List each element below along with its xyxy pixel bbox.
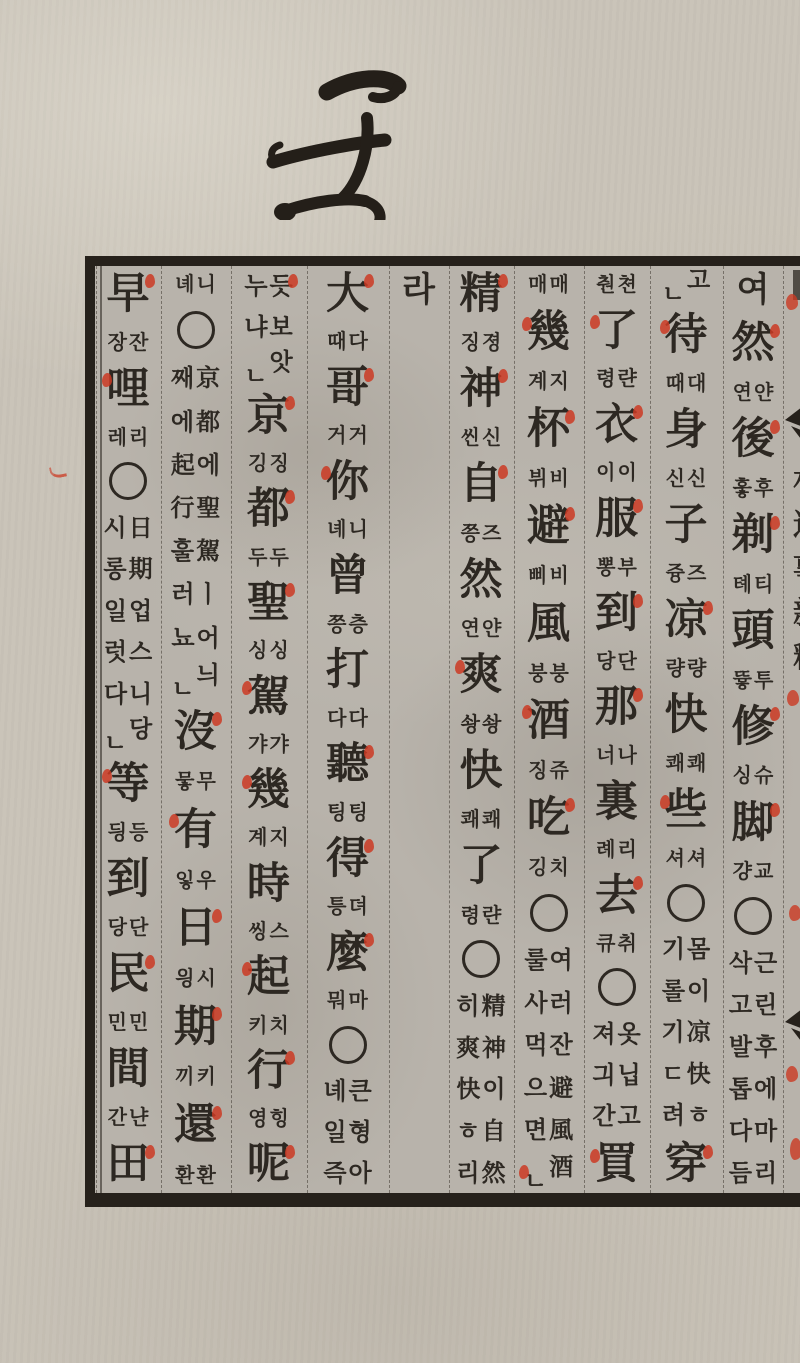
red-tone-mark: [285, 583, 295, 597]
red-tone-mark: [364, 368, 374, 382]
left-char: 연: [733, 382, 752, 402]
reading-gloss-pair: 갸갸: [247, 731, 290, 757]
right-char: 우: [197, 870, 216, 890]
char-glyph: 幾: [527, 311, 570, 354]
left-char: 져: [592, 1022, 615, 1046]
char-glyph: 爽: [460, 654, 503, 697]
left-char: 령: [461, 905, 480, 925]
left-char: 즁: [666, 563, 685, 583]
reading-gloss-pair: 신신: [665, 465, 708, 491]
char-glyph: 起: [247, 956, 290, 999]
char-glyph: 等: [107, 763, 150, 806]
left-char: ㄴ: [662, 282, 685, 306]
reading-gloss-pair: 훟후: [732, 475, 775, 501]
right-char: 업: [129, 599, 152, 623]
left-char: 싱: [733, 765, 752, 785]
hanja-char: 幾: [527, 310, 570, 356]
left-char: 싱: [248, 640, 267, 660]
hanja-char: 吃: [527, 795, 570, 841]
right-char: 快: [687, 1062, 711, 1086]
char-glyph: 京: [247, 395, 290, 438]
left-char: 거: [327, 425, 346, 445]
char-glyph: 哩: [107, 368, 150, 411]
red-tone-mark: [660, 795, 670, 809]
reading-gloss-pair: 당단: [107, 914, 150, 940]
char-glyph: 了: [460, 845, 503, 888]
right-char: 神: [482, 1036, 506, 1060]
left-char: 긔: [592, 1063, 615, 1087]
red-tone-mark: [519, 1165, 529, 1179]
text-column: 大때다哥거거你녜니曾쯩층打다다聽팅팅得틍뎌麼뭐마녜큰일형즉아: [307, 266, 387, 1193]
section-circle-marker: [598, 967, 636, 1007]
reading-gloss-pair: 이이: [595, 459, 638, 485]
red-smudge: [786, 294, 798, 310]
hanja-char: 身: [665, 408, 708, 454]
translation-pair: 시日: [102, 513, 153, 543]
char-glyph: 麼: [326, 932, 369, 975]
red-tone-mark: [212, 1106, 222, 1120]
right-char: 都: [196, 410, 220, 434]
hanja-char: 穿: [665, 1142, 708, 1188]
char-glyph: 買: [595, 1143, 638, 1186]
right-char: 갸: [270, 734, 289, 754]
right-char: 어: [197, 626, 220, 650]
fold-title-char: 新: [793, 588, 800, 632]
char-glyph: 然: [460, 559, 503, 602]
hanja-char: 些: [665, 788, 708, 834]
right-char: 에: [197, 453, 220, 477]
translation-pair: 고린: [728, 990, 778, 1020]
right-char: 키: [197, 1066, 216, 1086]
right-char: 형: [349, 1120, 372, 1144]
char-glyph: 風: [527, 603, 570, 646]
char-glyph: 得: [326, 838, 369, 881]
char-glyph: 呢: [247, 1143, 290, 1186]
right-char: 凉: [687, 1020, 711, 1044]
hanja-char: 神: [460, 366, 503, 412]
hanja-char: 得: [326, 836, 369, 882]
char-glyph: 了: [595, 310, 638, 353]
printed-text-block: 여然연얀後훟후剃톄티頭뜧투修싱슈脚걍교삭근고린발후톱에다마듬리ㄴ고待때대身신신子…: [85, 256, 800, 1207]
right-char: 후: [754, 1035, 777, 1059]
char-glyph: 剃: [732, 514, 775, 557]
section-circle-marker: [734, 896, 772, 936]
red-tone-mark: [770, 324, 780, 338]
left-char: 두: [248, 547, 267, 567]
right-char: 리: [754, 1161, 777, 1185]
right-char: 옷: [618, 1022, 641, 1046]
left-char: 녜: [327, 519, 346, 539]
reading-gloss-pair: 연얀: [460, 615, 503, 641]
reading-gloss-pair: 징졍: [460, 329, 503, 355]
char-glyph: 去: [595, 875, 638, 918]
red-tone-mark: [288, 274, 298, 288]
circle-glyph: [462, 940, 500, 978]
red-tone-mark: [145, 1145, 155, 1159]
fish-tail-ornament: [785, 1002, 800, 1058]
reading-gloss-pair: 깅징: [247, 450, 290, 476]
right-char: 지: [270, 827, 289, 847]
left-char: 다: [327, 708, 346, 728]
right-char: 지: [550, 371, 569, 391]
reading-gloss-pair: 춴쳔: [595, 271, 638, 297]
reading-gloss-pair: 영힝: [247, 1105, 290, 1131]
left-char: 에: [171, 410, 194, 434]
left-char: 롱: [103, 557, 126, 581]
char-glyph: 後: [732, 418, 775, 461]
right-char: 거: [349, 425, 368, 445]
char-glyph: 到: [595, 592, 638, 635]
left-char: 룰: [524, 948, 547, 972]
right-char: 즈: [482, 523, 501, 543]
left-char: 환: [175, 1165, 194, 1185]
red-tone-mark: [285, 396, 295, 410]
hanja-char: 等: [107, 762, 150, 808]
left-char: 냐: [244, 315, 267, 339]
left-char: 고: [729, 993, 752, 1017]
char-glyph: 間: [107, 1048, 150, 1091]
char-glyph: 期: [174, 1006, 217, 1049]
red-tone-mark: [770, 707, 780, 721]
red-tone-mark: [522, 317, 532, 331]
hanja-char: 自: [460, 462, 503, 508]
left-char: 히: [456, 994, 479, 1018]
left-char: 뭐: [327, 990, 346, 1010]
translation-pair: 듬리: [728, 1158, 778, 1188]
left-char: 장: [108, 332, 127, 352]
left-char: 솽: [461, 714, 480, 734]
reading-gloss-pair: 셔셔: [665, 845, 708, 871]
left-char: 영: [248, 1108, 267, 1128]
hanja-char: 修: [732, 704, 775, 750]
reading-gloss-pair: 쾌쾌: [460, 806, 503, 832]
right-char: 니: [129, 682, 152, 706]
translation-pair: 뇨어: [170, 623, 220, 653]
red-tone-mark: [565, 507, 575, 521]
left-char: 爽: [456, 1036, 480, 1060]
left-char: 잏: [175, 870, 194, 890]
translation-pair: 기凉: [660, 1017, 711, 1047]
translation-pair: ㄴ늬: [170, 666, 220, 696]
right-char: 부: [618, 557, 637, 577]
translation-pair: 다니: [103, 679, 153, 709]
red-tone-mark: [633, 688, 643, 702]
reading-gloss-pair: 싱슈: [732, 762, 775, 788]
left-char: 째: [171, 366, 194, 390]
reading-gloss-pair: 끼키: [174, 1063, 217, 1089]
char-glyph: 快: [665, 694, 708, 737]
text-column: 精징졍神씬신自쯩즈然연얀爽솽솽快쾌쾌了령랸히精爽神快이ㅎ自리然: [449, 266, 512, 1193]
right-char: 큰: [349, 1079, 372, 1103]
char-glyph: 民: [107, 953, 150, 996]
right-char: 근: [754, 951, 777, 975]
right-char: 다: [349, 331, 368, 351]
right-char: 스: [129, 640, 152, 664]
red-tone-mark: [498, 369, 508, 383]
char-glyph: 行: [247, 1050, 290, 1093]
left-char: 으: [524, 1076, 547, 1100]
left-char: 러: [171, 582, 194, 606]
left-char: 징: [528, 760, 547, 780]
right-char: 잔: [129, 332, 148, 352]
red-tone-mark: [498, 274, 508, 288]
char-glyph: 聽: [326, 743, 369, 786]
reading-gloss-pair: 뭐마: [326, 987, 369, 1013]
hanja-char: 避: [527, 504, 570, 550]
left-char: 快: [456, 1077, 480, 1101]
char-glyph: 大: [326, 273, 369, 316]
translation-pair: 다마: [728, 1116, 778, 1146]
red-tone-mark: [498, 465, 508, 479]
text-column: 춴쳔了령랸衣이이服뽕부到당단那너나裏례리去큐취져옷긔닙간고買: [584, 266, 648, 1193]
hanja-char: 早: [107, 271, 150, 317]
hanja-char: 酒: [527, 698, 570, 744]
section-circle-marker: [462, 939, 500, 979]
left-char: 끼: [175, 1066, 194, 1086]
right-char: 치: [550, 857, 569, 877]
hanja-char: 快: [460, 748, 503, 794]
right-char: 駕: [196, 539, 220, 563]
hanja-char: 期: [174, 1004, 217, 1050]
reading-gloss-pair: 매매: [527, 271, 570, 297]
left-char: 일: [104, 599, 127, 623]
right-char: 솽: [482, 714, 501, 734]
red-tone-mark: [285, 1145, 295, 1159]
left-char: 셔: [666, 848, 685, 868]
hanja-char: 大: [326, 271, 369, 317]
hanja-char: 聖: [247, 580, 290, 626]
red-tone-mark: [285, 490, 295, 504]
char-glyph: 酒: [527, 700, 570, 743]
circle-glyph: [177, 311, 215, 349]
left-char: 붕: [528, 663, 547, 683]
hanja-char: 駕: [247, 674, 290, 720]
left-char: 훟: [733, 478, 752, 498]
right-char: 아: [349, 1161, 372, 1185]
hanja-char: 起: [247, 955, 290, 1001]
right-char: 이: [618, 462, 637, 482]
left-char: 걍: [733, 861, 752, 881]
left-char: 기: [661, 1020, 684, 1044]
red-tone-mark: [364, 933, 374, 947]
right-char: 환: [197, 1165, 216, 1185]
right-char: 졍: [482, 332, 501, 352]
hanja-char: 風: [527, 601, 570, 647]
hanja-char: 日: [174, 906, 217, 952]
fold-title-char: 通: [793, 500, 800, 544]
left-char: 녜: [175, 274, 194, 294]
reading-gloss-pair: 깅치: [527, 854, 570, 880]
left-char: ㅎ: [456, 1119, 479, 1143]
left-char: 계: [528, 371, 547, 391]
translation-pair: 爽神: [455, 1033, 507, 1063]
hanja-char: 聽: [326, 742, 369, 788]
section-circle-marker: [329, 1025, 367, 1065]
right-char: 두: [270, 547, 289, 567]
right-char: 린: [754, 993, 777, 1017]
translation-pair: 간고: [591, 1101, 641, 1131]
hanja-char: 衣: [595, 402, 638, 448]
hanja-char: 幾: [247, 768, 290, 814]
text-column: 여然연얀後훟후剃톄티頭뜧투修싱슈脚걍교삭근고린발후톱에다마듬리: [723, 266, 782, 1193]
left-char: 기: [662, 937, 685, 961]
reading-gloss-pair: 딍등: [107, 819, 150, 845]
reading-gloss-pair: 팅팅: [326, 799, 369, 825]
right-char: 늬: [197, 663, 220, 687]
fold-title-char: 釋: [793, 632, 800, 676]
red-tone-mark: [102, 373, 112, 387]
char-glyph: 日: [174, 907, 217, 950]
reading-gloss-pair: 삐비: [527, 562, 570, 588]
char-glyph: 自: [460, 463, 503, 506]
left-char: 이: [596, 462, 615, 482]
text-column: ㄴ고待때대身신신子즁즈凉량량快쾌쾌些셔셔기몸롤이기凉ㄷ快려ㅎ穿: [650, 266, 721, 1193]
reading-gloss-pair: 키치: [247, 1012, 290, 1038]
right-char: 후: [754, 478, 773, 498]
reading-gloss-pair: 솽솽: [460, 711, 503, 737]
section-circle-marker: [667, 883, 705, 923]
right-char: 精: [482, 994, 506, 1018]
reading-gloss-pair: 뷔비: [527, 465, 570, 491]
red-tone-mark: [770, 803, 780, 817]
right-char: 避: [549, 1076, 573, 1100]
right-char: 치: [270, 1015, 289, 1035]
right-char: 이: [687, 979, 710, 1003]
left-char: 일: [323, 1120, 346, 1144]
right-char: 스: [270, 921, 289, 941]
hanja-char: 去: [595, 873, 638, 919]
translation-pair: ㄴ고: [661, 271, 711, 301]
reading-gloss-pair: 당단: [595, 648, 638, 674]
reading-gloss-pair: 거거: [326, 422, 369, 448]
char-glyph: 打: [326, 649, 369, 692]
translation-pair: 롱期: [102, 554, 153, 584]
reading-gloss-pair: 틍뎌: [326, 893, 369, 919]
circle-glyph: [109, 462, 147, 500]
right-char: 에: [754, 1077, 777, 1101]
left-char: 起: [171, 453, 195, 477]
brush-mark-icon: [255, 50, 425, 220]
hanja-char: 京: [247, 393, 290, 439]
right-char: 리: [129, 427, 148, 447]
hanja-char: 爽: [460, 653, 503, 699]
translation-pair: 긔닙: [591, 1060, 641, 1090]
section-circle-marker: [109, 461, 147, 501]
right-char: 민: [129, 1012, 148, 1032]
red-tone-mark: [703, 601, 713, 615]
translation-pair: 行聖: [170, 493, 222, 523]
text-column: 누듯냐보ㄴ앗京깅징都두두聖싱싱駕갸갸幾계지時씽스起키치行영힝呢: [231, 266, 305, 1193]
left-char: 즉: [323, 1161, 346, 1185]
left-char: 려: [662, 1103, 685, 1127]
red-tone-mark: [242, 775, 252, 789]
left-char: 톱: [729, 1077, 752, 1101]
hanja-char: 子: [665, 503, 708, 549]
translation-pair: 러ㅣ: [170, 579, 220, 609]
left-char: 너: [596, 745, 615, 765]
left-char: 연: [461, 618, 480, 638]
left-char: 쾌: [461, 809, 480, 829]
hangul-char: 라: [402, 271, 435, 309]
hanja-char: 杯: [527, 407, 570, 453]
right-char: 당: [129, 717, 152, 741]
right-char: 고: [687, 268, 710, 292]
left-char: ㄴ: [171, 677, 194, 701]
hanja-char: 行: [247, 1048, 290, 1094]
left-char: 춴: [596, 274, 615, 294]
char-glyph: 曾: [326, 555, 369, 598]
right-char: 보: [270, 315, 293, 339]
red-tone-mark: [633, 594, 643, 608]
translation-pair: ㅎ自: [455, 1116, 506, 1146]
right-char: ㅎ: [687, 1103, 710, 1127]
right-char: 층: [349, 614, 368, 634]
char-glyph: 還: [174, 1104, 217, 1147]
red-tone-mark: [145, 274, 155, 288]
hanja-char: 哥: [326, 365, 369, 411]
hanja-char: 你: [326, 459, 369, 505]
hanja-char: 曾: [326, 554, 369, 600]
red-tone-mark: [285, 1051, 295, 1065]
char-glyph: 凉: [665, 599, 708, 642]
left-char: 쾌: [666, 753, 685, 773]
left-char: 먹: [524, 1033, 547, 1057]
hanja-char: 到: [595, 591, 638, 637]
translation-pair: 발후: [728, 1032, 778, 1062]
red-tone-mark: [633, 876, 643, 890]
reading-gloss-pair: 뜧투: [732, 667, 775, 693]
red-tone-mark: [145, 955, 155, 969]
reading-gloss-pair: 잏우: [174, 867, 217, 893]
reading-gloss-pair: 민민: [107, 1009, 150, 1035]
char-glyph: 快: [460, 750, 503, 793]
right-char: 교: [754, 861, 773, 881]
hanja-char: 待: [665, 313, 708, 359]
left-char: 쯩: [327, 614, 346, 634]
text-column: 녜니째京에都起에行聖훌駕러ㅣ뇨어ㄴ늬沒뭏무有잏우日읭시期끼키還환환: [161, 266, 229, 1193]
left-char: 시: [103, 516, 126, 540]
left-char: 훌: [171, 539, 194, 563]
left-char: 계: [248, 827, 267, 847]
char-glyph: 避: [527, 505, 570, 548]
char-glyph: 脚: [732, 802, 775, 845]
left-char: 매: [528, 274, 547, 294]
reading-gloss-pair: 령랸: [595, 365, 638, 391]
translation-pair: 누듯: [243, 271, 293, 301]
right-char: 쥬: [550, 760, 569, 780]
right-char: 랸: [482, 905, 501, 925]
reading-gloss-pair: 톄티: [732, 571, 775, 597]
red-smudge: [789, 905, 800, 921]
reading-gloss-pair: 녜니: [174, 271, 217, 297]
translation-pair: 려ㅎ: [661, 1100, 711, 1130]
char-glyph: 身: [665, 409, 708, 452]
left-char: 키: [248, 1015, 267, 1035]
reading-gloss-pair: 읭시: [174, 965, 217, 991]
right-char: 니: [197, 274, 216, 294]
reading-gloss-pair: 간냔: [107, 1104, 150, 1130]
right-char: 냔: [129, 1107, 148, 1127]
reading-gloss-pair: 레리: [107, 424, 150, 450]
right-char: 期: [129, 557, 153, 581]
translation-pair: 녜큰: [322, 1076, 372, 1106]
fish-tail-ornament: [785, 400, 800, 456]
left-char: 면: [524, 1118, 547, 1142]
right-char: 앗: [270, 350, 293, 374]
char-glyph: 然: [732, 322, 775, 365]
right-char: 취: [618, 933, 637, 953]
hanja-char: 呢: [247, 1142, 290, 1188]
